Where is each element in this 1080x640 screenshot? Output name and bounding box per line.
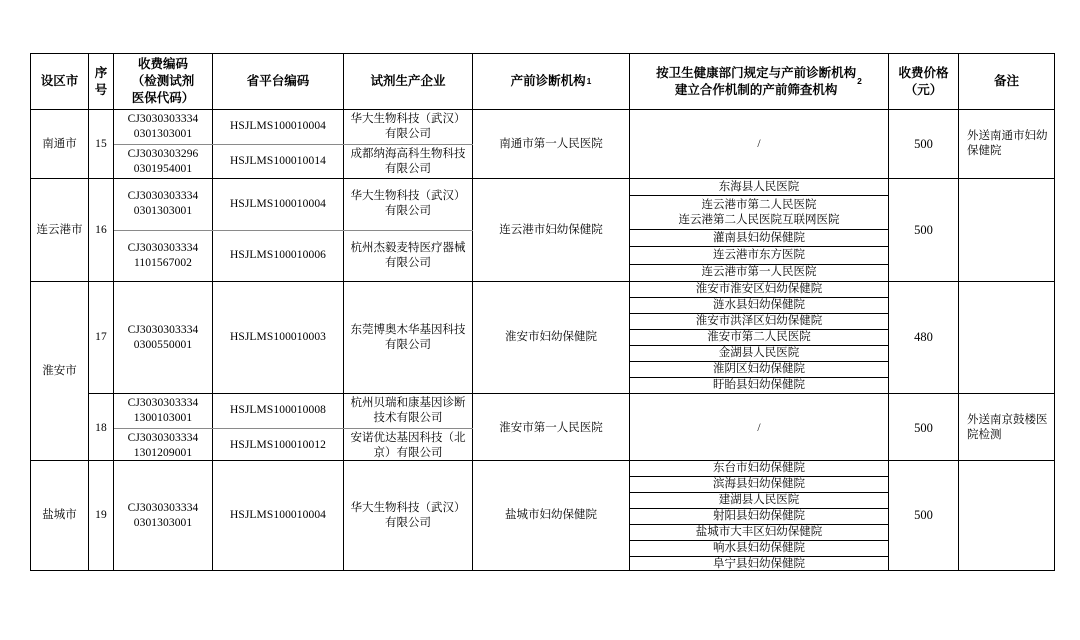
note-cell: 外送南京鼓楼医院检测 <box>959 394 1054 463</box>
price-cell: 500 <box>889 179 959 281</box>
manufacturer-cell: 华大生物科技（武汉）有限公司 <box>344 461 473 570</box>
price-cell: 500 <box>889 110 959 178</box>
fee-code-cell: CJ3030303334 1101567002 <box>114 231 213 282</box>
header-screening-footnote: 2 <box>857 76 862 87</box>
fee-code-cell: CJ3030303334 0300550001 <box>114 282 213 393</box>
table-row-19: 盐城市 19 CJ3030303334 0301303001 HSJLMS100… <box>31 460 1054 570</box>
screening-cell: / <box>630 394 889 463</box>
note-cell <box>959 179 1054 281</box>
platform-code-cell: HSJLMS100010004 <box>213 461 344 570</box>
diagnosis-cell: 淮安市妇幼保健院 <box>473 282 630 393</box>
manufacturer-cell: 华大生物科技（武汉）有限公司 <box>344 179 473 230</box>
manufacturer-cell: 华大生物科技（武汉）有限公司 <box>344 110 473 144</box>
screening-item: 连云港市第二人民医院 连云港第二人民医院互联网医院 <box>630 195 888 229</box>
diagnosis-cell: 连云港市妇幼保健院 <box>473 179 630 281</box>
diagnosis-cell: 淮安市第一人民医院 <box>473 394 630 463</box>
header-screening: 按卫生健康部门规定与产前诊断机构 建立合作机制的产前筛查机构2 <box>630 54 889 109</box>
note-cell <box>959 282 1054 393</box>
city-cell: 淮安市 <box>31 282 89 460</box>
code-subrows: CJ3030303334 1300103001 HSJLMS100010008 … <box>114 394 473 463</box>
city-group-huaian: 淮安市 17 CJ3030303334 0300550001 HSJLMS100… <box>31 281 1054 460</box>
reagent-price-table: 设区市 序号 收费编码 （检测试剂 医保代码） 省平台编码 试剂生产企业 产前诊… <box>30 53 1055 571</box>
seq-cell: 15 <box>89 110 114 178</box>
screening-item: 淮安市第二人民医院 <box>630 329 888 345</box>
seq-cell: 19 <box>89 461 114 570</box>
header-screening-label: 按卫生健康部门规定与产前诊断机构 建立合作机制的产前筛查机构 <box>656 65 856 99</box>
code-subrows: CJ3030303334 0301303001 HSJLMS100010004 … <box>114 110 473 178</box>
platform-code-cell: HSJLMS100010006 <box>213 231 344 282</box>
screening-list: 淮安市淮安区妇幼保健院 涟水县妇幼保健院 淮安市洪泽区妇幼保健院 淮安市第二人民… <box>630 282 889 393</box>
table-row-15: 南通市 15 CJ3030303334 0301303001 HSJLMS100… <box>31 109 1054 178</box>
screening-item: 建湖县人民医院 <box>630 492 888 508</box>
price-cell: 500 <box>889 394 959 463</box>
fee-code-cell: CJ3030303334 1301209001 <box>114 429 213 463</box>
screening-item: 盱眙县妇幼保健院 <box>630 377 888 393</box>
manufacturer-cell: 东莞博奥木华基因科技有限公司 <box>344 282 473 393</box>
header-platform-code: 省平台编码 <box>213 54 344 109</box>
header-note: 备注 <box>959 54 1054 109</box>
fee-code-cell: CJ3030303334 0301303001 <box>114 110 213 144</box>
platform-code-cell: HSJLMS100010012 <box>213 429 344 463</box>
city-subrows: 17 CJ3030303334 0300550001 HSJLMS1000100… <box>89 282 1054 460</box>
seq-cell: 17 <box>89 282 114 393</box>
screening-item: 射阳县妇幼保健院 <box>630 508 888 524</box>
note-cell: 外送南通市妇幼保健院 <box>959 110 1054 178</box>
screening-item: 淮安市淮安区妇幼保健院 <box>630 282 888 297</box>
fee-code-cell: CJ3030303296 0301954001 <box>114 145 213 179</box>
screening-item: 淮阴区妇幼保健院 <box>630 361 888 377</box>
screening-item: 淮安市洪泽区妇幼保健院 <box>630 313 888 329</box>
header-price: 收费价格 （元） <box>889 54 959 109</box>
platform-code-cell: HSJLMS100010003 <box>213 282 344 393</box>
code-subrow: CJ3030303334 1101567002 HSJLMS100010006 … <box>114 230 473 282</box>
table-row-17: 17 CJ3030303334 0300550001 HSJLMS1000100… <box>89 282 1054 393</box>
manufacturer-cell: 杭州杰毅麦特医疗器械有限公司 <box>344 231 473 282</box>
diagnosis-cell: 盐城市妇幼保健院 <box>473 461 630 570</box>
fee-code-cell: CJ3030303334 0301303001 <box>114 461 213 570</box>
screening-item: 东海县人民医院 <box>630 179 888 195</box>
platform-code-cell: HSJLMS100010014 <box>213 145 344 179</box>
header-diagnosis-footnote: 1 <box>587 76 592 87</box>
header-city: 设区市 <box>31 54 89 109</box>
city-cell: 盐城市 <box>31 461 89 570</box>
code-subrow: CJ3030303296 0301954001 HSJLMS100010014 … <box>114 144 473 179</box>
seq-cell: 16 <box>89 179 114 281</box>
header-manufacturer: 试剂生产企业 <box>344 54 473 109</box>
manufacturer-cell: 成都纳海高科生物科技有限公司 <box>344 145 473 179</box>
screening-list: 东海县人民医院 连云港市第二人民医院 连云港第二人民医院互联网医院 灌南县妇幼保… <box>630 179 889 281</box>
platform-code-cell: HSJLMS100010008 <box>213 394 344 428</box>
seq-cell: 18 <box>89 394 114 463</box>
city-cell: 南通市 <box>31 110 89 178</box>
code-subrow: CJ3030303334 0301303001 HSJLMS100010004 … <box>114 179 473 230</box>
table-row-18: 18 CJ3030303334 1300103001 HSJLMS1000100… <box>89 393 1054 463</box>
code-subrows: CJ3030303334 0301303001 HSJLMS100010004 … <box>114 179 473 281</box>
screening-item: 连云港市第一人民医院 <box>630 264 888 281</box>
note-cell <box>959 461 1054 570</box>
screening-item: 滨海县妇幼保健院 <box>630 476 888 492</box>
table-header-row: 设区市 序号 收费编码 （检测试剂 医保代码） 省平台编码 试剂生产企业 产前诊… <box>31 54 1054 109</box>
header-fee-code: 收费编码 （检测试剂 医保代码） <box>114 54 213 109</box>
screening-item: 东台市妇幼保健院 <box>630 461 888 476</box>
city-cell: 连云港市 <box>31 179 89 281</box>
header-diagnosis-label: 产前诊断机构 <box>511 73 586 90</box>
price-cell: 480 <box>889 282 959 393</box>
code-subrow: CJ3030303334 1301209001 HSJLMS100010012 … <box>114 428 473 463</box>
code-subrow: CJ3030303334 0301303001 HSJLMS100010004 … <box>114 110 473 144</box>
screening-item: 涟水县妇幼保健院 <box>630 297 888 313</box>
fee-code-cell: CJ3030303334 1300103001 <box>114 394 213 428</box>
screening-item: 响水县妇幼保健院 <box>630 540 888 556</box>
manufacturer-cell: 安诺优达基因科技（北京）有限公司 <box>344 429 473 463</box>
fee-code-cell: CJ3030303334 0301303001 <box>114 179 213 230</box>
screening-list: 东台市妇幼保健院 滨海县妇幼保健院 建湖县人民医院 射阳县妇幼保健院 盐城市大丰… <box>630 461 889 570</box>
code-subrow: CJ3030303334 1300103001 HSJLMS100010008 … <box>114 394 473 428</box>
header-seq: 序号 <box>89 54 114 109</box>
diagnosis-cell: 南通市第一人民医院 <box>473 110 630 178</box>
table-row-16: 连云港市 16 CJ3030303334 0301303001 HSJLMS10… <box>31 178 1054 281</box>
screening-item: 连云港市东方医院 <box>630 246 888 263</box>
header-diagnosis: 产前诊断机构1 <box>473 54 630 109</box>
screening-item: 灌南县妇幼保健院 <box>630 229 888 246</box>
screening-item: 盐城市大丰区妇幼保健院 <box>630 524 888 540</box>
screening-item: 阜宁县妇幼保健院 <box>630 556 888 572</box>
screening-item: 金湖县人民医院 <box>630 345 888 361</box>
manufacturer-cell: 杭州贝瑞和康基因诊断技术有限公司 <box>344 394 473 428</box>
screening-cell: / <box>630 110 889 178</box>
platform-code-cell: HSJLMS100010004 <box>213 110 344 144</box>
price-cell: 500 <box>889 461 959 570</box>
platform-code-cell: HSJLMS100010004 <box>213 179 344 230</box>
